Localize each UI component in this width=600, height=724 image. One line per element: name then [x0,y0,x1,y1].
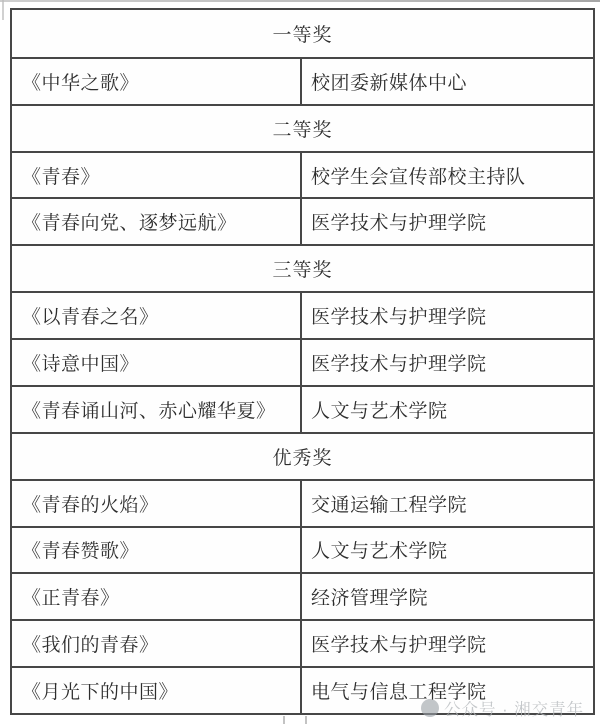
scan-artifact-top-line [0,0,600,2]
work-cell: 《青春的火焰》 [12,479,300,526]
unit-cell: 人文与艺术学院 [300,526,593,573]
awards-table: 一等奖 《中华之歌》 校团委新媒体中心 二等奖 《青春》 校学生会宣传部校主持队… [10,8,595,715]
unit-cell: 交通运输工程学院 [300,479,593,526]
unit-cell: 电气与信息工程学院 [300,666,593,713]
unit-cell: 人文与艺术学院 [300,385,593,432]
unit-cell: 医学技术与护理学院 [300,338,593,385]
work-cell: 《青春向党、逐梦远航》 [12,197,300,244]
cropped-next-row-artifact [283,716,307,724]
work-cell: 《青春》 [12,151,300,198]
unit-cell: 医学技术与护理学院 [300,291,593,338]
award-header-second-prize: 二等奖 [12,104,593,151]
work-cell: 《青春诵山河、赤心耀华夏》 [12,385,300,432]
unit-cell: 医学技术与护理学院 [300,197,593,244]
unit-cell: 医学技术与护理学院 [300,619,593,666]
unit-cell: 校学生会宣传部校主持队 [300,151,593,198]
work-cell: 《月光下的中国》 [12,666,300,713]
award-header-third-prize: 三等奖 [12,244,593,291]
work-cell: 《中华之歌》 [12,57,300,104]
work-cell: 《我们的青春》 [12,619,300,666]
work-cell: 《诗意中国》 [12,338,300,385]
award-header-first-prize: 一等奖 [12,10,593,57]
work-cell: 《正青春》 [12,572,300,619]
unit-cell: 校团委新媒体中心 [300,57,593,104]
award-header-excellence-prize: 优秀奖 [12,432,593,479]
unit-cell: 经济管理学院 [300,572,593,619]
work-cell: 《青春赞歌》 [12,526,300,573]
work-cell: 《以青春之名》 [12,291,300,338]
scan-artifact-left-tick [2,0,4,20]
